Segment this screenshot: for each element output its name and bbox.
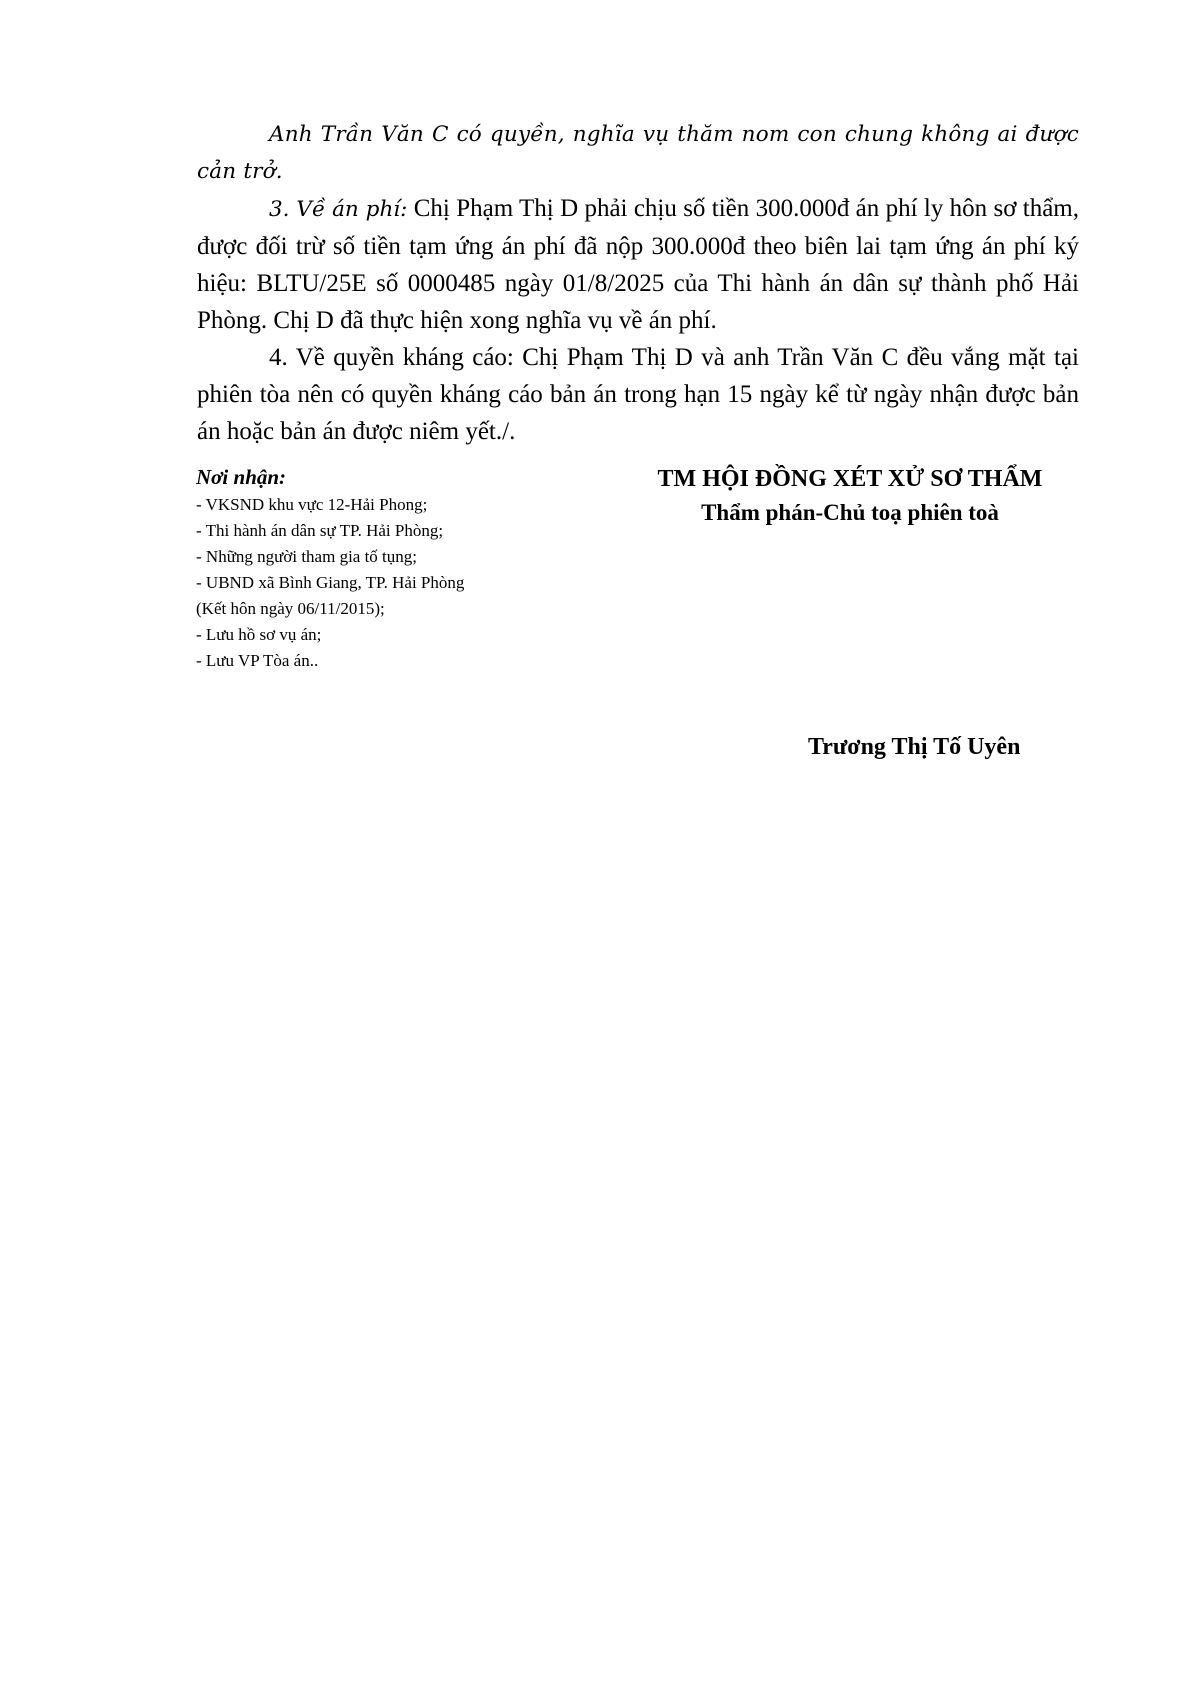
signer-name: Trương Thị Tố Uyên <box>808 734 1020 761</box>
visitation-rights-paragraph: Anh Trần Văn C có quyền, nghĩa vụ thăm n… <box>197 116 1079 190</box>
recipients-heading: Nơi nhận: <box>196 462 536 492</box>
recipient-item: - Những người tham gia tố tụng; <box>196 544 536 570</box>
recipient-item: - Lưu VP Tòa án.. <box>196 648 536 674</box>
council-signature-block: TM HỘI ĐỒNG XÉT XỬ SƠ THẨM Thẩm phán-Chủ… <box>600 462 1100 530</box>
document-page: Anh Trần Văn C có quyền, nghĩa vụ thăm n… <box>0 0 1190 1684</box>
recipient-item: - UBND xã Bình Giang, TP. Hải Phòng <box>196 570 536 596</box>
recipients-block: Nơi nhận: - VKSND khu vực 12-Hải Phong; … <box>196 462 536 674</box>
recipient-item: - Thi hành án dân sự TP. Hải Phòng; <box>196 518 536 544</box>
presiding-judge-title: Thẩm phán-Chủ toạ phiên toà <box>600 496 1100 530</box>
appeal-rights-paragraph: 4. Về quyền kháng cáo: Chị Phạm Thị D và… <box>197 339 1079 450</box>
court-fee-label: 3. Về án phí: <box>269 197 407 222</box>
council-title: TM HỘI ĐỒNG XÉT XỬ SƠ THẨM <box>600 462 1100 496</box>
recipient-item: (Kết hôn ngày 06/11/2015); <box>196 596 536 622</box>
recipient-item: - VKSND khu vực 12-Hải Phong; <box>196 492 536 518</box>
court-fee-paragraph: 3. Về án phí: Chị Phạm Thị D phải chịu s… <box>197 190 1079 339</box>
recipient-item: - Lưu hồ sơ vụ án; <box>196 622 536 648</box>
judgment-body: Anh Trần Văn C có quyền, nghĩa vụ thăm n… <box>197 116 1079 450</box>
